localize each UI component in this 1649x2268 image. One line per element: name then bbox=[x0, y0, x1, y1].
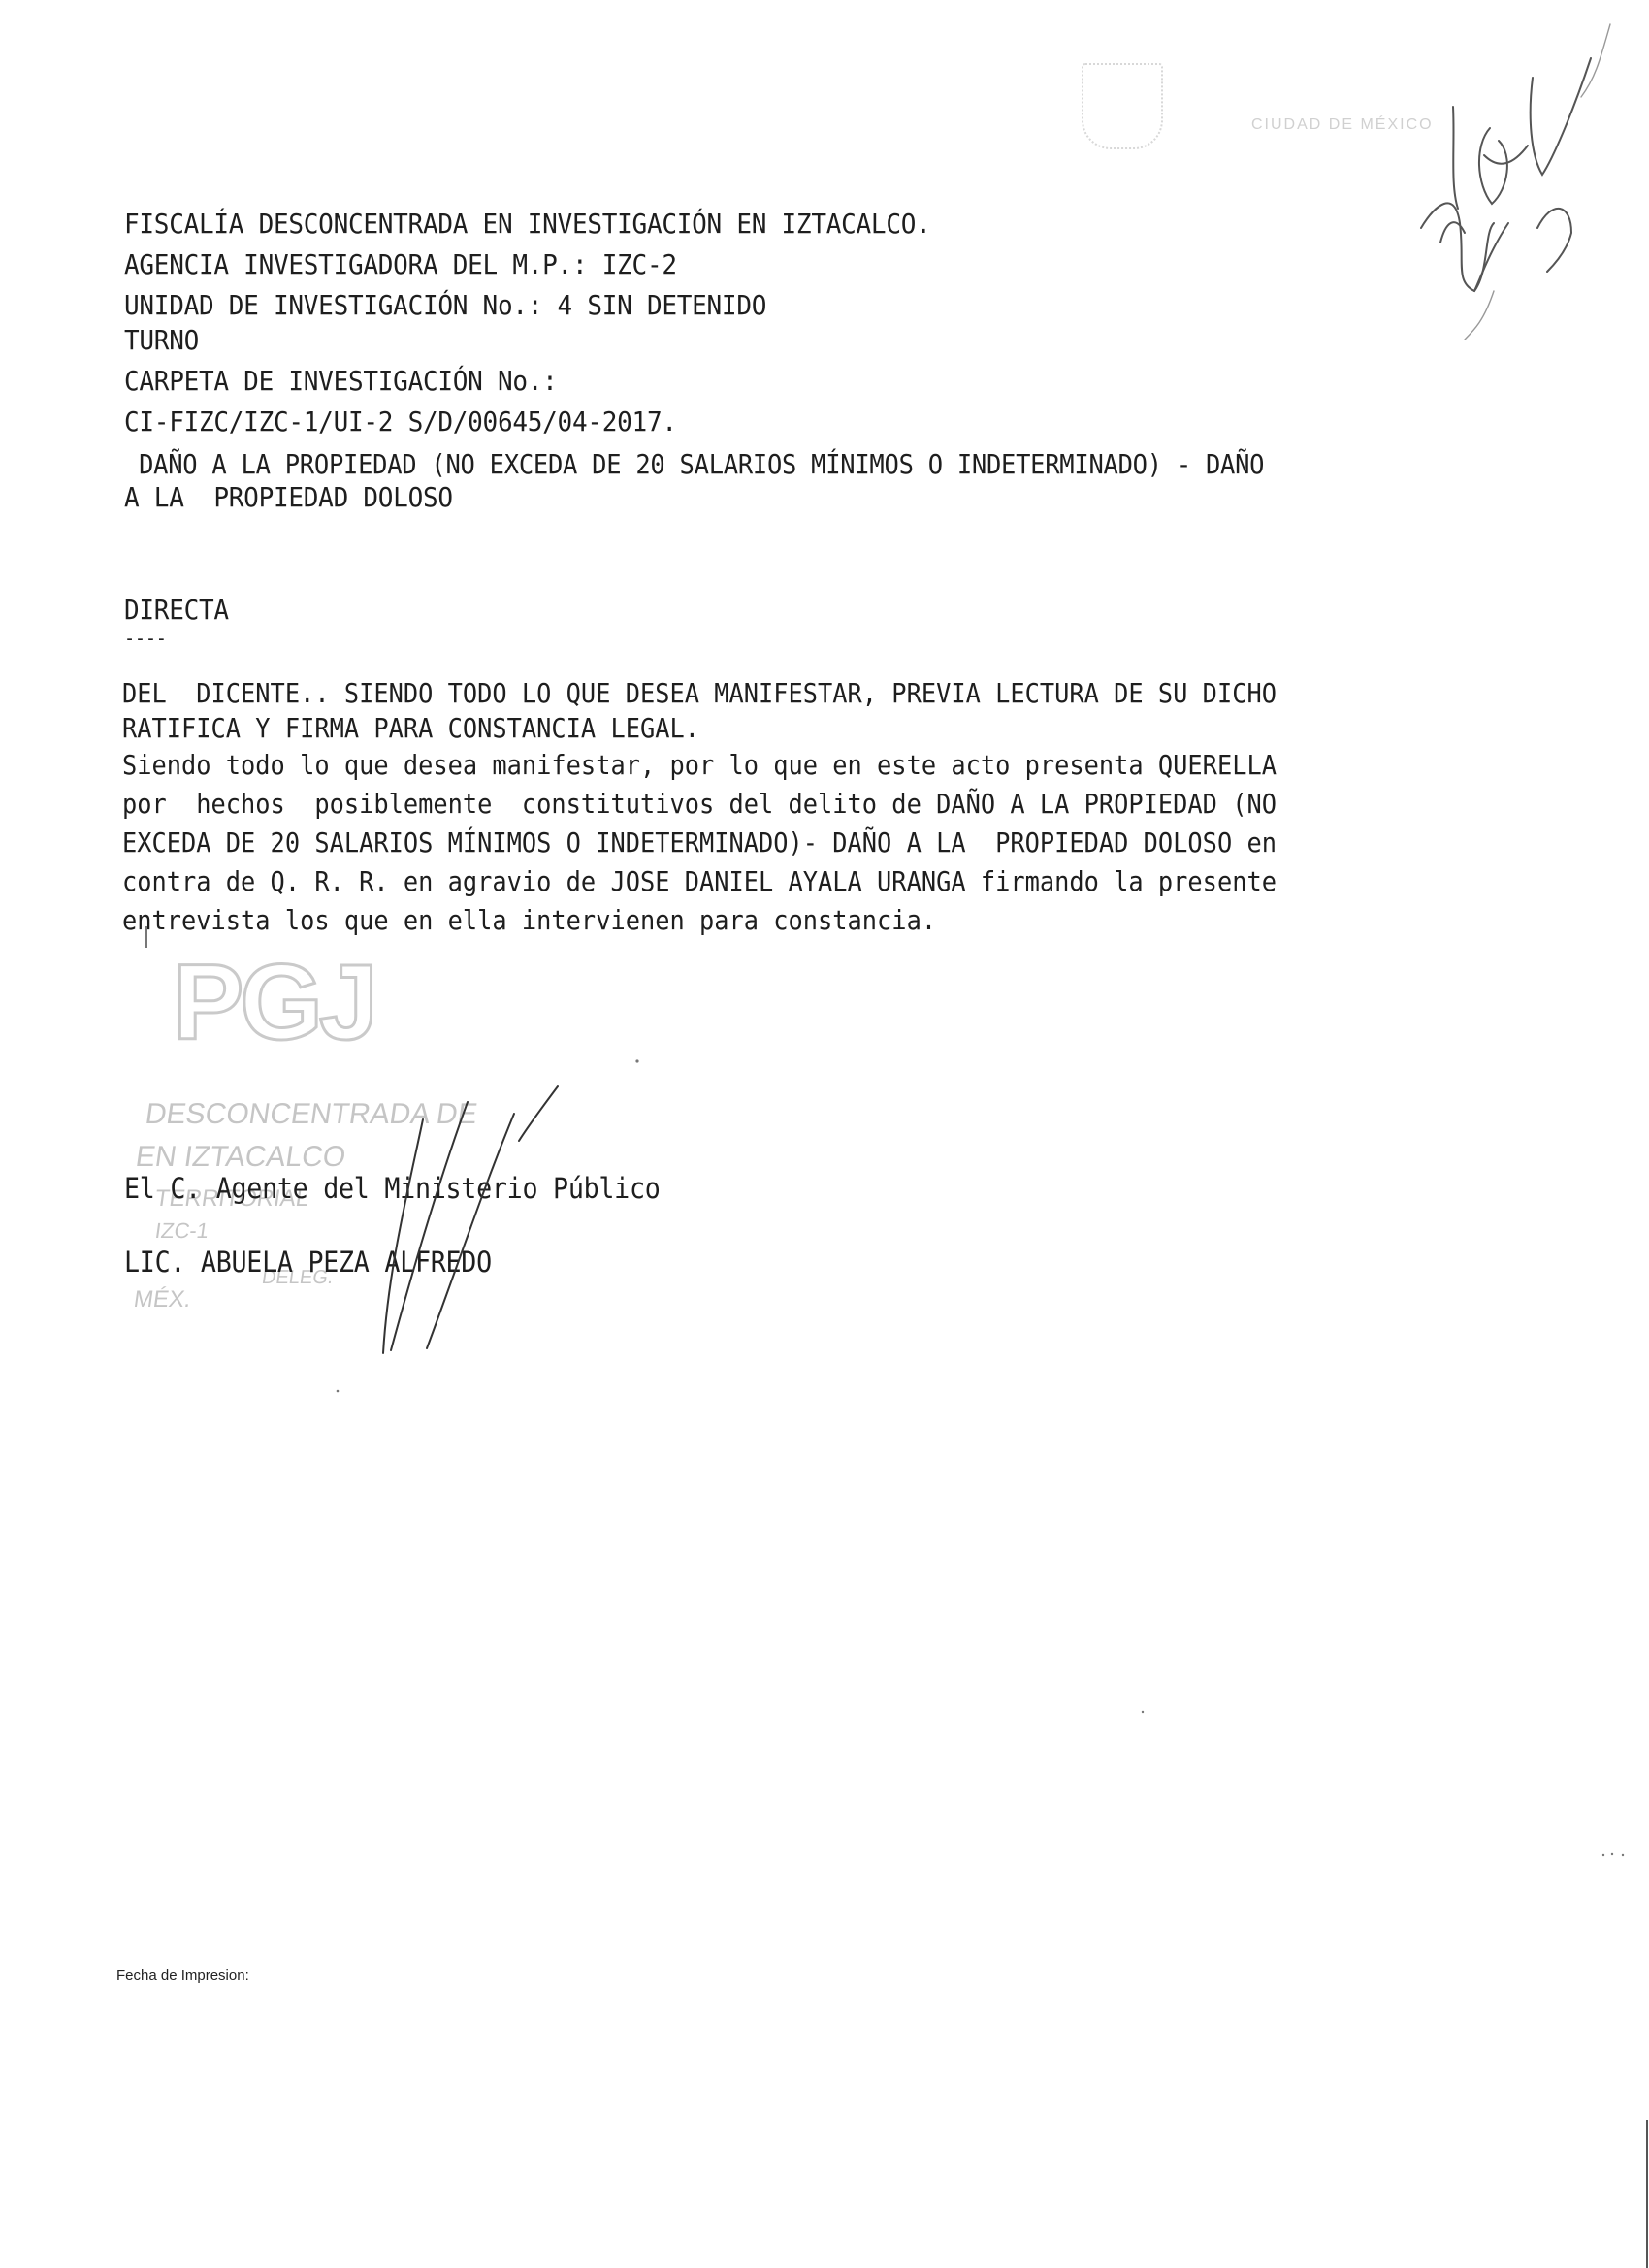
stamp-line: MÉX. bbox=[132, 1286, 193, 1313]
header-fiscalia: FISCALÍA DESCONCENTRADA EN INVESTIGACIÓN… bbox=[124, 208, 931, 240]
stamp-line: DESCONCENTRADA DE bbox=[144, 1098, 479, 1131]
header-unidad: UNIDAD DE INVESTIGACIÓN No.: 4 SIN DETEN… bbox=[124, 289, 766, 321]
body-line: DEL DICENTE.. SIENDO TODO LO QUE DESEA M… bbox=[122, 677, 1277, 709]
handwritten-signatures-icon bbox=[0, 0, 1649, 2268]
body-line: Siendo todo lo que desea manifestar, por… bbox=[122, 749, 1277, 781]
body-line: EXCEDA DE 20 SALARIOS MÍNIMOS O INDETERM… bbox=[122, 826, 1277, 859]
pgj-stamp-logo: PGJ bbox=[173, 941, 374, 1064]
letterhead-text: CIUDAD DE MÉXICO bbox=[1251, 116, 1434, 134]
body-line: contra de Q. R. R. en agravio de JOSE DA… bbox=[122, 865, 1277, 897]
signature-name: LIC. ABUELA PEZA ALFREDO bbox=[124, 1246, 492, 1279]
header-turno: TURNO bbox=[124, 324, 199, 356]
header-delito-line1: DAÑO A LA PROPIEDAD (NO EXCEDA DE 20 SAL… bbox=[124, 448, 1264, 480]
print-date-label: Fecha de Impresion: bbox=[116, 1967, 249, 1984]
stamp-line: EN IZTACALCO bbox=[134, 1141, 348, 1174]
header-agencia: AGENCIA INVESTIGADORA DEL M.P.: IZC-2 bbox=[124, 248, 677, 280]
body-line: por hechos posiblemente constitutivos de… bbox=[122, 788, 1277, 820]
body-line: RATIFICA Y FIRMA PARA CONSTANCIA LEGAL. bbox=[122, 712, 699, 744]
letterhead-seal-icon bbox=[1082, 63, 1163, 149]
signature-role: El C. Agente del Ministerio Público bbox=[124, 1172, 661, 1205]
header-carpeta-label: CARPETA DE INVESTIGACIÓN No.: bbox=[124, 365, 558, 397]
section-title: DIRECTA bbox=[124, 594, 229, 626]
body-line: entrevista los que en ella intervienen p… bbox=[122, 904, 936, 936]
section-separator: ---- bbox=[124, 627, 167, 650]
header-carpeta-number: CI-FIZC/IZC-1/UI-2 S/D/00645/04-2017. bbox=[124, 405, 677, 437]
header-delito-line2: A LA PROPIEDAD DOLOSO bbox=[124, 481, 453, 513]
stamp-line: IZC-1 bbox=[153, 1218, 210, 1244]
